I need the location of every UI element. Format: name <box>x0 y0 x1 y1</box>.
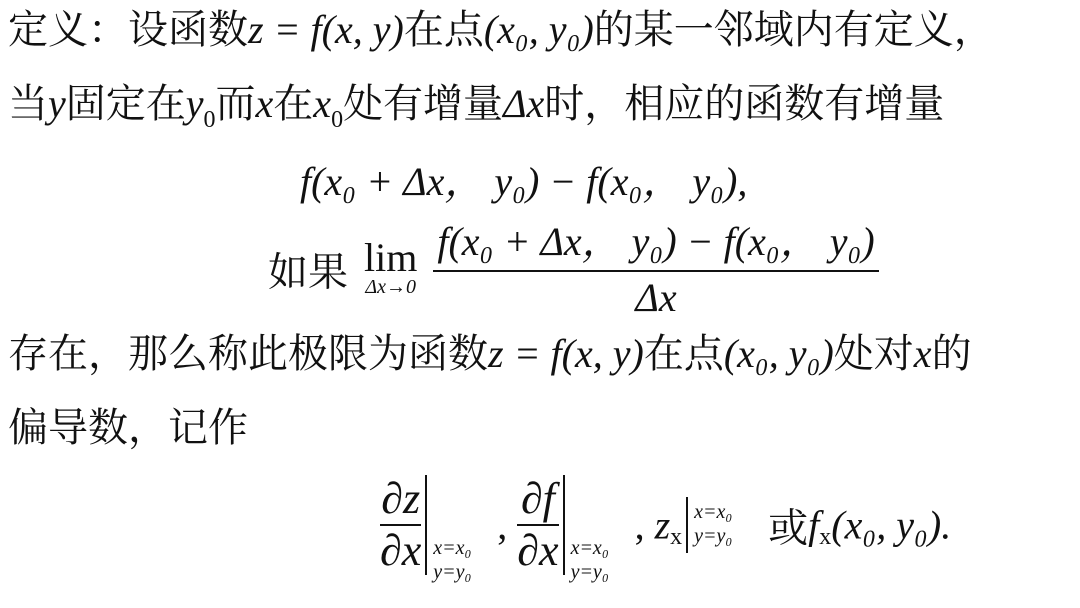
separator: , <box>497 503 507 548</box>
quotient-numerator: f(x₀ + Δx， y₀) − f(x₀， y₀) <box>433 214 878 272</box>
difference-quotient: f(x₀ + Δx， y₀) − f(x₀， y₀) Δx <box>433 214 878 324</box>
f: f <box>808 503 819 548</box>
fx-arguments: (x₀, y₀). <box>831 503 951 548</box>
function-expression: z = f(x, y) <box>488 331 644 376</box>
text-when: 当 <box>8 81 48 126</box>
definition-line-6: 偏导数，记作 <box>8 404 248 452</box>
text-has-increment: 处有增量 <box>343 81 503 126</box>
separator: , <box>635 503 645 548</box>
text-and: 而 <box>216 81 256 126</box>
z: z <box>655 503 671 548</box>
text-at-point: 在点 <box>644 331 724 376</box>
increment-formula: f(x₀ + Δx， y₀) − f(x₀， y₀), <box>300 150 747 207</box>
definition-line-2: 当y固定在y0而x在x0处有增量Δx时，相应的函数有增量 <box>8 80 944 144</box>
df-dx-fraction: ∂f ∂x <box>517 474 558 576</box>
lim-subscript: Δx→0 <box>364 276 417 298</box>
cond-y: y=y₀ <box>571 561 609 583</box>
dx: ∂x <box>380 526 421 576</box>
evaluation-bar: x=x₀ y=y₀ <box>563 475 635 575</box>
dz: ∂z <box>380 474 421 526</box>
evaluation-bar: x=x₀ y=y₀ <box>686 497 758 553</box>
cond-x: x=x₀ <box>433 537 471 559</box>
text-wrt: 处对 <box>834 331 914 376</box>
delta-x: Δx <box>503 81 544 126</box>
cond-x: x=x₀ <box>694 501 732 523</box>
var-y: y <box>48 81 66 126</box>
sub-0: 0 <box>331 107 343 133</box>
definition-intro: 定义：设函数 <box>8 7 248 52</box>
limit-operator: lim Δx→0 <box>364 240 417 298</box>
sub-x: x <box>819 524 831 550</box>
var-y0: y <box>186 81 204 126</box>
if-text: 如果 <box>268 250 348 295</box>
cond-x: x=x₀ <box>571 537 609 559</box>
quotient-denominator: Δx <box>433 272 878 324</box>
df: ∂f <box>517 474 558 526</box>
dx: ∂x <box>517 526 558 576</box>
text-function-increment: 时，相应的函数有增量 <box>544 81 944 126</box>
point-expression: (x₀, y₀) <box>484 7 594 52</box>
exists-text: 存在，那么称此极限为函数 <box>8 331 488 376</box>
cond-y: y=y₀ <box>694 525 732 547</box>
evaluation-bar: x=x₀ y=y₀ <box>425 475 497 575</box>
var-x: x <box>914 331 932 376</box>
limit-formula: 如果 lim Δx→0 f(x₀ + Δx， y₀) − f(x₀， y₀) Δ… <box>268 214 879 324</box>
function-expression: z = f(x, y) <box>248 7 404 52</box>
lim-label: lim <box>364 240 417 276</box>
definition-line-1: 定义：设函数z = f(x, y)在点(x₀, y₀)的某一邻域内有定义， <box>8 6 994 54</box>
sub-0: 0 <box>204 107 216 133</box>
text-at: 在 <box>273 81 313 126</box>
neighborhood-text: 的某一邻域内有定义， <box>594 7 994 52</box>
cond-y: y=y₀ <box>433 561 471 583</box>
text-at-point: 在点 <box>404 7 484 52</box>
sub-x: x <box>670 524 682 550</box>
or-text: 或 <box>768 506 808 551</box>
text-of: 的 <box>932 331 972 376</box>
var-x0: x <box>313 81 331 126</box>
text-fixed-at: 固定在 <box>66 81 186 126</box>
var-x: x <box>256 81 274 126</box>
partial-derivative-notation: ∂z ∂x x=x₀ y=y₀ , ∂f ∂x x=x₀ y=y₀ , zx x… <box>380 474 951 576</box>
definition-line-5: 存在，那么称此极限为函数z = f(x, y)在点(x₀, y₀)处对x的 <box>8 330 972 378</box>
dz-dx-fraction: ∂z ∂x <box>380 474 421 576</box>
point-expression: (x₀, y₀) <box>724 331 834 376</box>
